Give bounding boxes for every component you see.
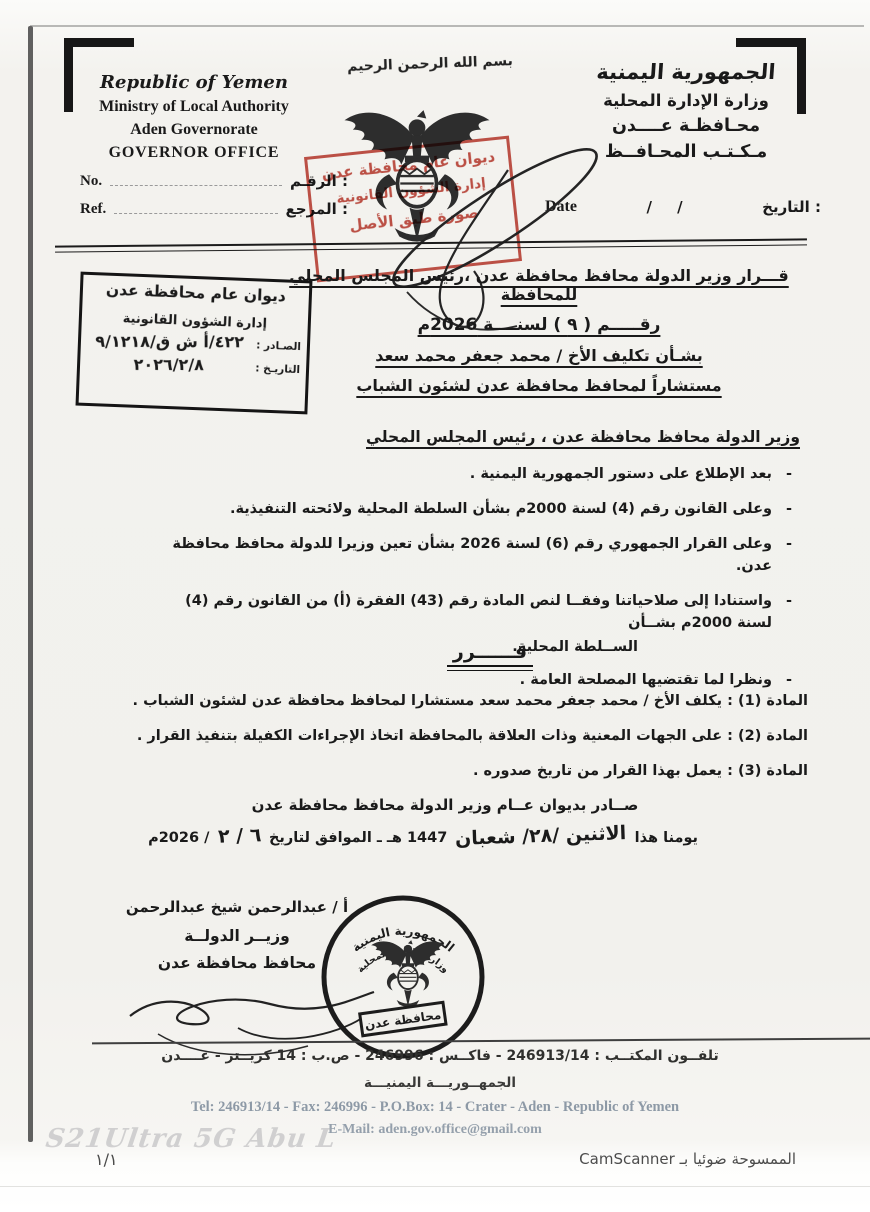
decree-title-line1: قـــرار وزير الدولة محافظ محافظة عدن ،رئ… xyxy=(289,266,789,304)
issued-block: صــادر بديوان عــام وزير الدولة محافظ مح… xyxy=(192,796,698,847)
letterhead-english: Republic of Yemen Ministry of Local Auth… xyxy=(76,72,312,162)
article-1: المادة (1) : يكلف الأخ / محمد جعفر محمد … xyxy=(92,690,808,712)
preamble-item-text: واستنادا إلى صلاحياتنا وفقــا لنص المادة… xyxy=(150,590,772,634)
issued-date-pre: يومنا هذا xyxy=(635,830,698,846)
issued-date-mid: 1447 هـ ـ الموافق لتاريخ xyxy=(269,830,447,846)
scan-edge-line-top xyxy=(30,25,864,27)
registry-date-value: ٢٠٢٦/٢/٨ xyxy=(82,355,255,375)
article-text: على الجهات المعنية وذات العلاقة بالمحافظ… xyxy=(137,728,722,744)
footer-contact-arabic: تلفــون المكتــب : 246913/14 - فاكــس : … xyxy=(96,1048,784,1064)
registry-issued-value: ٤٢٢/أ ش ق/٩/١٢١٨ xyxy=(83,332,256,352)
articles: المادة (1) : يكلف الأخ / محمد جعفر محمد … xyxy=(92,690,808,795)
article-label: المادة (2) : xyxy=(727,728,808,744)
issued-line1: صــادر بديوان عــام وزير الدولة محافظ مح… xyxy=(192,796,698,814)
issued-date-handwritten-day: ٦ / ٢ xyxy=(214,824,264,848)
bullet-dash: - xyxy=(772,498,806,520)
scanned-page: Republic of Yemen Ministry of Local Auth… xyxy=(0,0,870,1212)
preamble-item-text: ونظرا لما تقتضيها المصلحة العامة . xyxy=(150,669,772,691)
issued-date-post: / 2026م xyxy=(148,830,209,846)
preamble-item: - بعد الإطلاع على دستور الجمهورية اليمني… xyxy=(150,463,806,485)
no-blank-line xyxy=(110,175,282,186)
bullet-dash: - xyxy=(772,590,806,634)
page-number: ١/١ xyxy=(95,1150,118,1169)
preamble-item: - واستنادا إلى صلاحياتنا وفقــا لنص الما… xyxy=(150,590,806,634)
frame-corner-top-left xyxy=(64,38,73,112)
article-text: يكلف الأخ / محمد جعفر محمد سعد مستشارا ل… xyxy=(133,693,723,709)
country-name-ar: الجمهورية اليمنية xyxy=(551,60,821,84)
article-2: المادة (2) : على الجهات المعنية وذات الع… xyxy=(92,725,808,747)
decree-subject-line2: مستشاراً لمحافظ محافظة عدن لشئون الشباب xyxy=(356,376,721,395)
frame-corner-top-right xyxy=(736,38,806,47)
bullet-dash: - xyxy=(772,669,806,691)
article-3: المادة (3) : يعمل بهذا القرار من تاريخ ص… xyxy=(92,760,808,782)
ref-label-en: Ref. xyxy=(80,201,106,218)
country-name-en: Republic of Yemen xyxy=(76,72,312,93)
date-label-ar: التاريخ : xyxy=(762,198,821,216)
date-slashes: / / xyxy=(646,198,692,216)
decree-subject-line1: بشـأن تكليف الأخ / محمد جعفر محمد سعد xyxy=(375,346,702,365)
decision-word: قــــــرر xyxy=(447,641,533,667)
ref-blank-line xyxy=(114,203,277,214)
bullet-dash: - xyxy=(772,463,806,485)
camscanner-divider xyxy=(0,1186,870,1187)
bullet-dash: - xyxy=(772,533,806,577)
office-name-en: GOVERNOR OFFICE xyxy=(76,144,312,162)
issued-date-line: يومنا هذا الاثنين /٢٨/ شعبان 1447 هـ ـ ا… xyxy=(192,825,698,847)
preamble-item-text: وعلى القانون رقم (4) لسنة 2000م بشأن الس… xyxy=(150,498,772,520)
frame-corner-top-left xyxy=(64,38,134,47)
camera-watermark: S21Ultra 5G Abu L xyxy=(44,1124,338,1154)
article-label: المادة (3) : xyxy=(727,763,808,779)
preamble-item-text: وعلى القرار الجمهوري رقم (6) لسنة 2026 ب… xyxy=(150,533,772,577)
ministry-name-ar: وزارة الإدارة المحلية xyxy=(552,91,820,110)
camscanner-note: الممسوحة ضوئيا بـ CamScanner xyxy=(579,1150,796,1168)
footer-country-arabic: الجمهــوريـــة اليمنيـــة xyxy=(96,1075,784,1091)
article-text: يعمل بهذا القرار من تاريخ صدوره . xyxy=(473,763,722,779)
basmala-calligraphy: بسم الله الرحمن الرحيم xyxy=(328,52,532,75)
governorate-name-en: Aden Governorate xyxy=(76,121,312,139)
governorate-name-ar: محـافظـة عــــدن xyxy=(552,116,820,136)
preamble-item: - ونظرا لما تقتضيها المصلحة العامة . xyxy=(150,669,806,691)
preamble-item: - وعلى القانون رقم (4) لسنة 2000م بشأن ا… xyxy=(150,498,806,520)
scan-edge-line xyxy=(28,26,33,1142)
footer-contact-english: Tel: 246913/14 - Fax: 246996 - P.O.Box: … xyxy=(60,1099,810,1116)
preamble-item: - وعلى القرار الجمهوري رقم (6) لسنة 2026… xyxy=(150,533,806,577)
decree-number-line: رقـــــم ( ٩ ) لسنــــة 2026م xyxy=(418,315,661,335)
issued-date-handwritten-hijri: الاثنين /٢٨/ شعبان xyxy=(452,822,630,850)
article-label: المادة (1) : xyxy=(727,693,808,709)
no-label-en: No. xyxy=(80,173,102,190)
decree-title: قـــرار وزير الدولة محافظ محافظة عدن ،رئ… xyxy=(268,266,810,406)
preamble-intro: وزير الدولة محافظ محافظة عدن ، رئيس المج… xyxy=(366,428,800,446)
preamble-item-text: بعد الإطلاع على دستور الجمهورية اليمنية … xyxy=(150,463,772,485)
decision-word-block: قــــــرر xyxy=(360,641,620,663)
ministry-name-en: Ministry of Local Authority xyxy=(76,98,312,116)
